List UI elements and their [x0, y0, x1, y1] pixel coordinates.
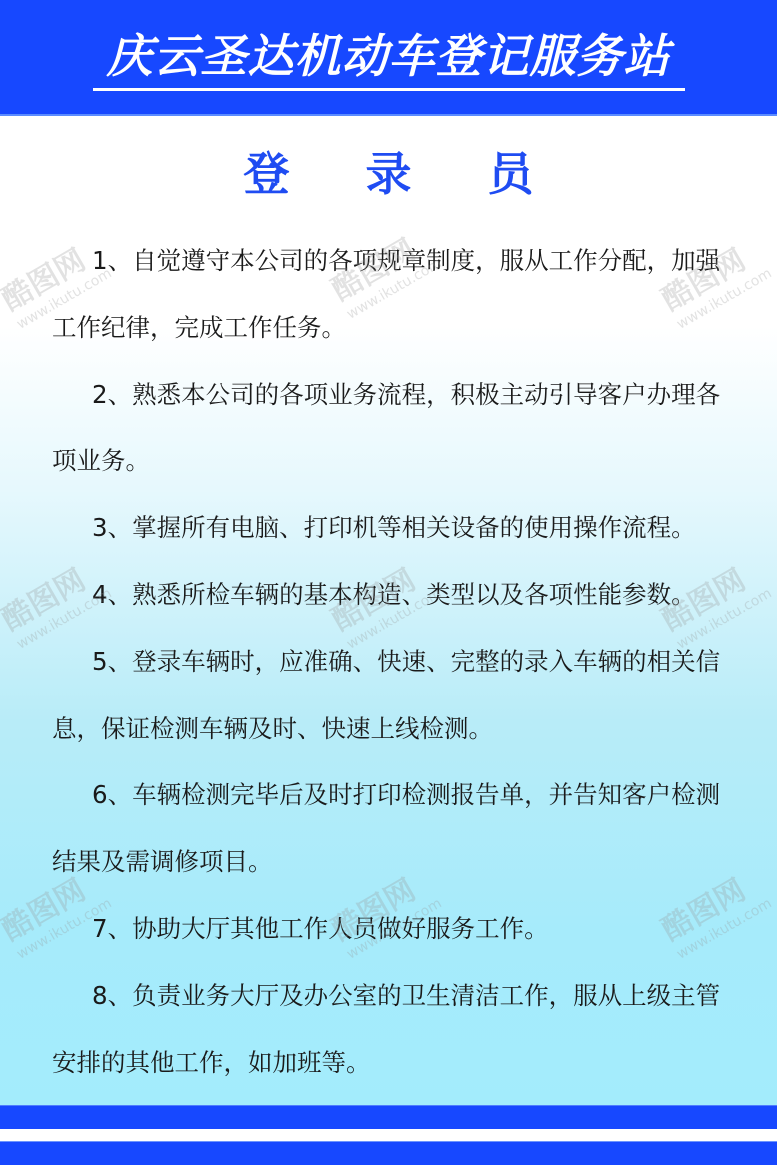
station-title: 庆云圣达机动车登记服务站 [0, 28, 777, 84]
duty-item: 2、熟悉本公司的各项业务流程，积极主动引导客户办理各项业务。 [52, 362, 732, 496]
duty-item: 3、掌握所有电脑、打印机等相关设备的使用操作流程。 [52, 495, 732, 562]
duty-item: 5、登录车辆时，应准确、快速、完整的录入车辆的相关信息，保证检测车辆及时、快速上… [52, 629, 732, 763]
duty-item: 7、协助大厅其他工作人员做好服务工作。 [52, 896, 732, 963]
role-title: 登 录 员 [0, 143, 777, 205]
duty-item: 4、熟悉所检车辆的基本构造、类型以及各项性能参数。 [52, 562, 732, 629]
header-banner: 庆云圣达机动车登记服务站 [0, 0, 777, 116]
title-underline [93, 88, 685, 91]
footer-band-top [0, 1105, 777, 1129]
duty-item: 8、负责业务大厅及办公室的卫生清洁工作，服从上级主管安排的其他工作，如加班等。 [52, 963, 732, 1097]
duties-list: 1、自觉遵守本公司的各项规章制度，服从工作分配，加强工作纪律，完成工作任务。 2… [52, 228, 732, 1096]
footer-stripe [0, 1129, 777, 1141]
footer-band-bottom [0, 1141, 777, 1165]
duty-item: 6、车辆检测完毕后及时打印检测报告单，并告知客户检测结果及需调修项目。 [52, 762, 732, 896]
duty-item: 1、自觉遵守本公司的各项规章制度，服从工作分配，加强工作纪律，完成工作任务。 [52, 228, 732, 362]
